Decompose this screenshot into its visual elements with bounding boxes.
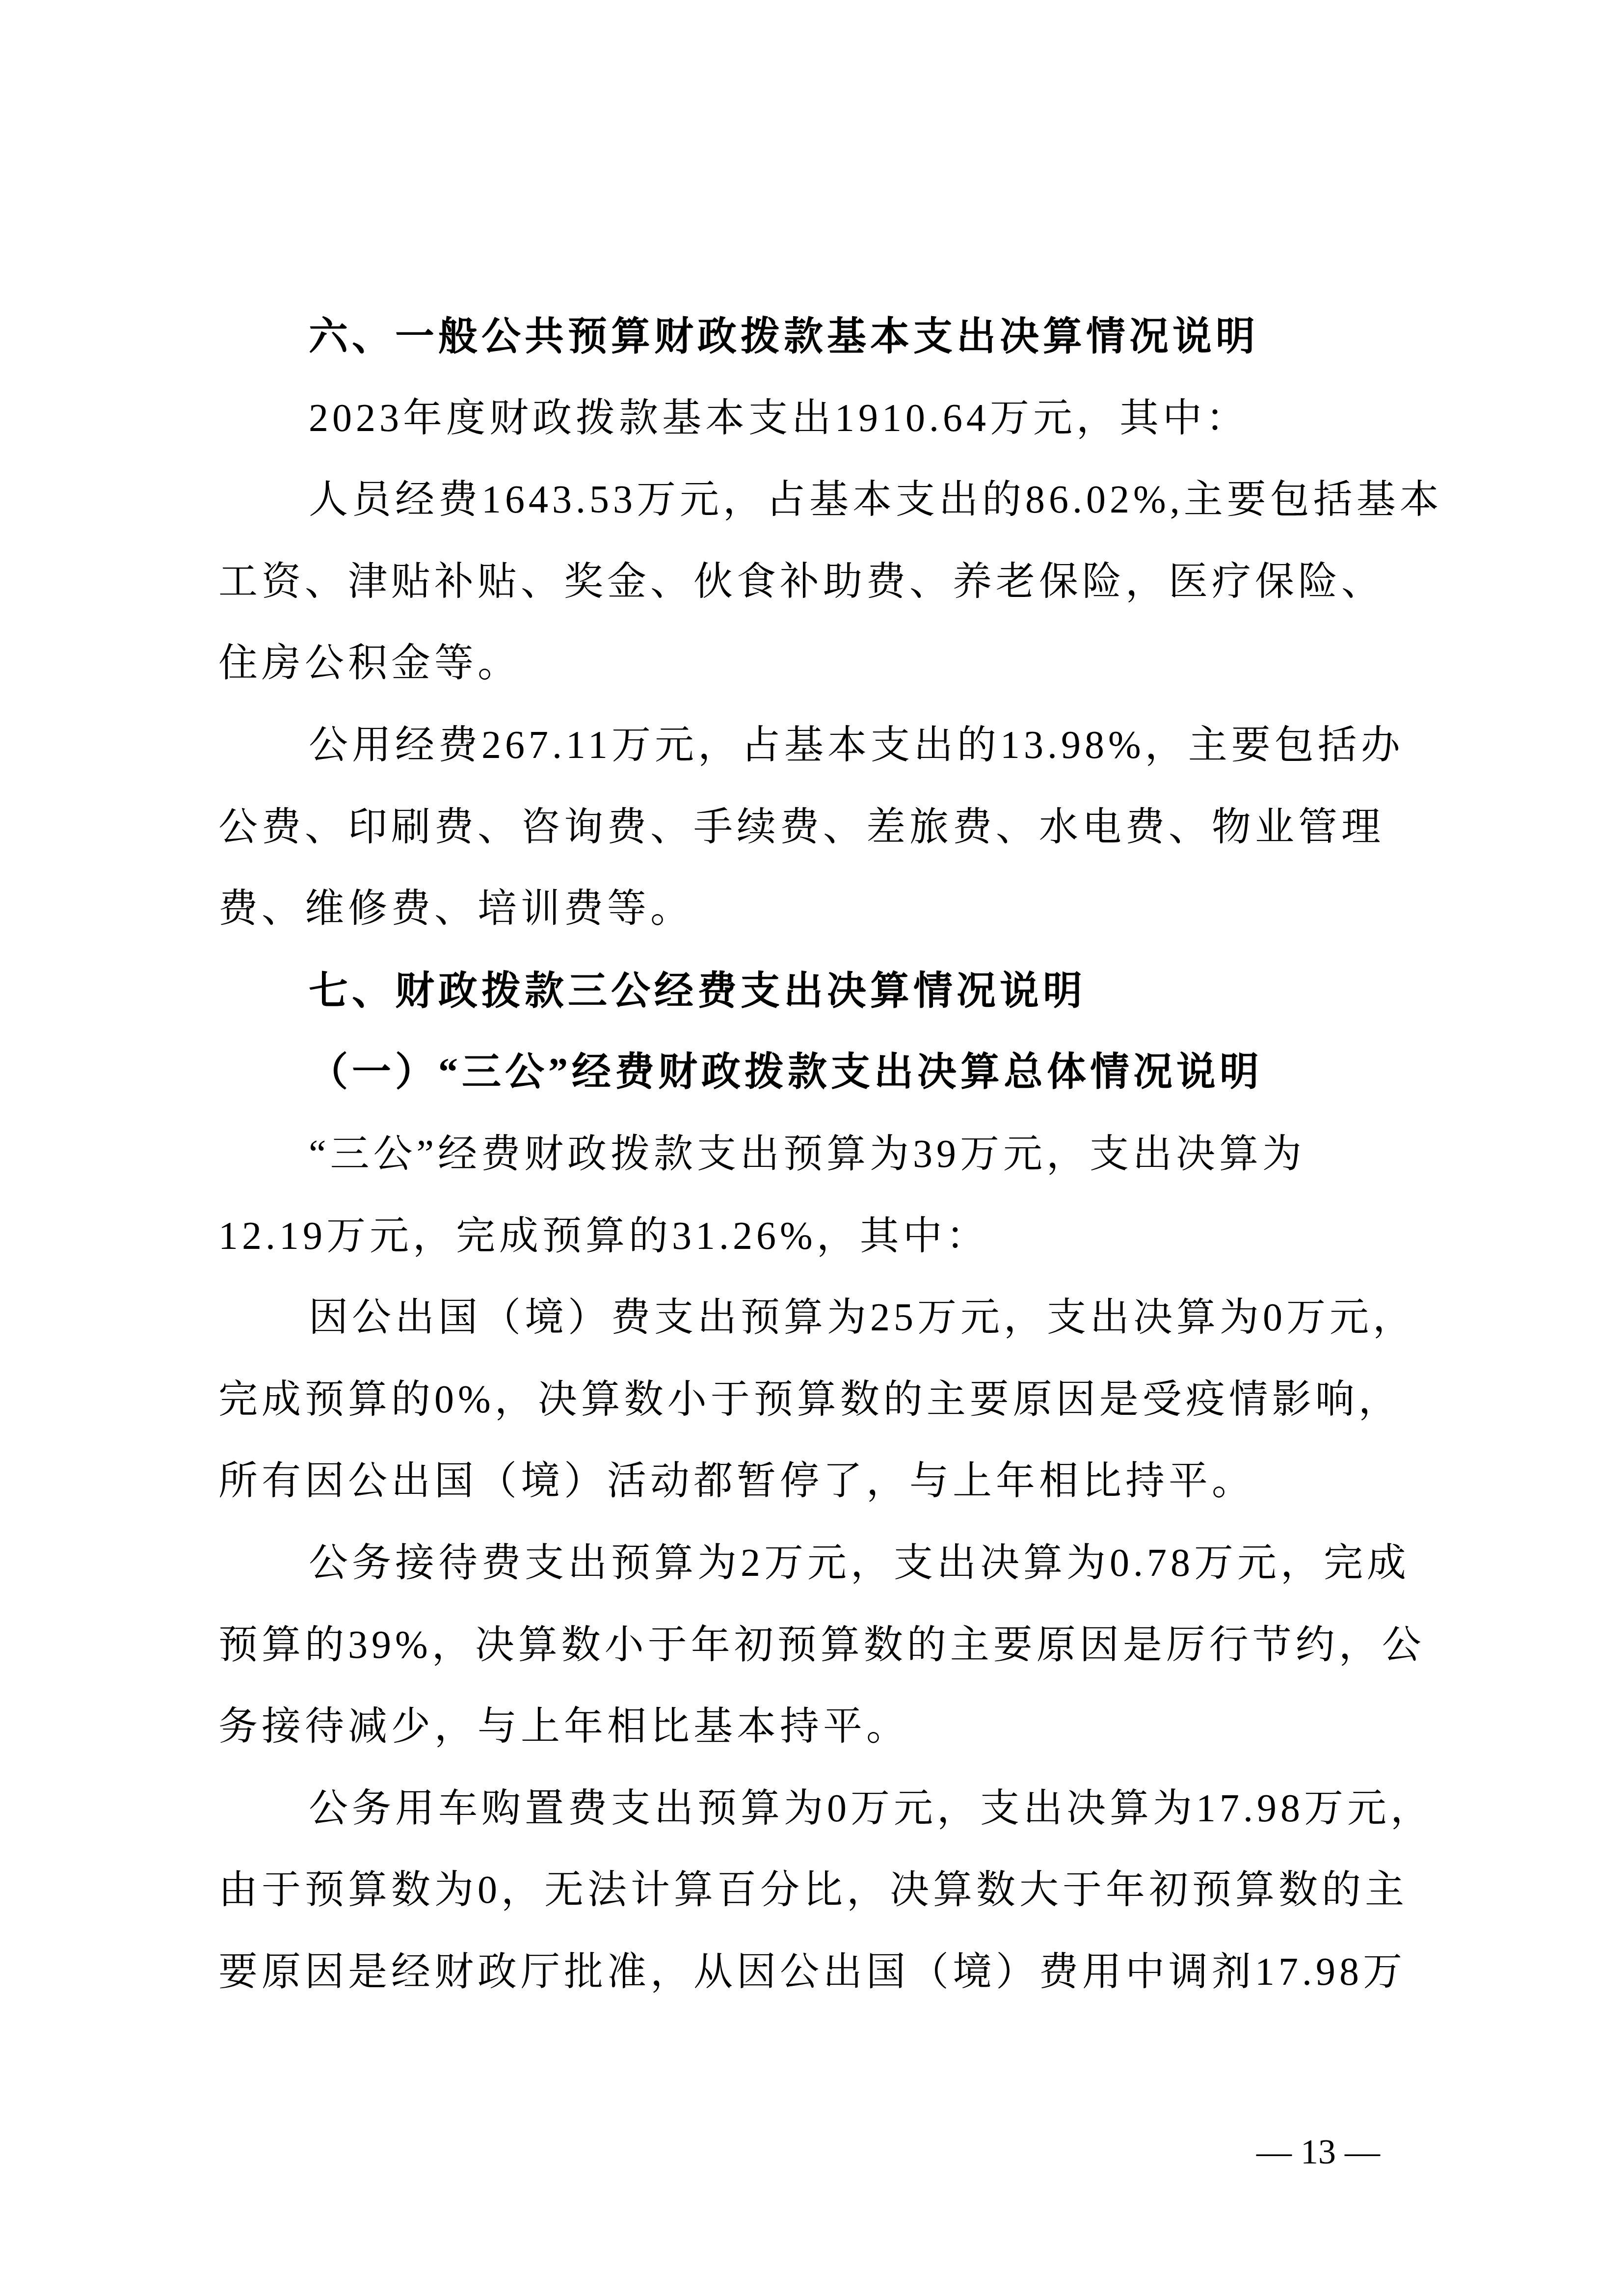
body-line: 12.19万元，完成预算的31.26%，其中： [218,1195,1426,1277]
page-number: — 13 — [1256,2130,1423,2174]
body-line: 2023年度财政拨款基本支出1910.64万元，其中： [218,378,1426,459]
subsection-1-heading: （一）“三公”经费财政拨款支出决算总体情况说明 [218,1031,1426,1113]
section-6-heading: 六、一般公共预算财政拨款基本支出决算情况说明 [218,296,1426,378]
body-line: 住房公积金等。 [218,622,1426,704]
body-line: 公务用车购置费支出预算为0万元，支出决算为17.98万元， [218,1768,1426,1850]
body-line: 预算的39%，决算数小于年初预算数的主要原因是厉行节约，公 [218,1604,1426,1686]
body-line: 公务接待费支出预算为2万元，支出决算为0.78万元，完成 [218,1522,1426,1604]
body-line: 要原因是经财政厅批准，从因公出国（境）费用中调剂17.98万 [218,1931,1426,2013]
body-line: 因公出国（境）费支出预算为25万元，支出决算为0万元， [218,1277,1426,1359]
body-line: 工资、津贴补贴、奖金、伙食补助费、养老保险，医疗保险、 [218,541,1426,623]
body-line: 务接待减少，与上年相比基本持平。 [218,1686,1426,1768]
body-line: 人员经费1643.53万元，占基本支出的86.02%,主要包括基本 [218,459,1426,541]
body-line: 公用经费267.11万元，占基本支出的13.98%，主要包括办 [218,704,1426,786]
section-7-heading: 七、财政拨款三公经费支出决算情况说明 [218,950,1426,1032]
document-page: 六、一般公共预算财政拨款基本支出决算情况说明 2023年度财政拨款基本支出191… [0,0,1623,2296]
body-line: 所有因公出国（境）活动都暂停了，与上年相比持平。 [218,1440,1426,1522]
body-line: 完成预算的0%，决算数小于预算数的主要原因是受疫情影响， [218,1359,1426,1441]
body-line: 公费、印刷费、咨询费、手续费、差旅费、水电费、物业管理 [218,786,1426,868]
body-line: 费、维修费、培训费等。 [218,868,1426,950]
body-line: “三公”经费财政拨款支出预算为39万元，支出决算为 [218,1113,1426,1195]
text-block: 六、一般公共预算财政拨款基本支出决算情况说明 2023年度财政拨款基本支出191… [218,296,1426,2013]
body-line: 由于预算数为0，无法计算百分比，决算数大于年初预算数的主 [218,1849,1426,1931]
